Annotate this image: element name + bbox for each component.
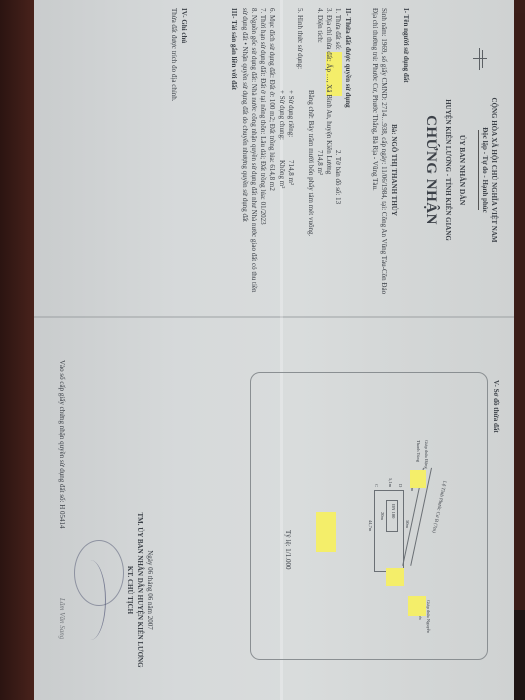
redaction bbox=[410, 470, 426, 488]
motto: Độc lập - Tự do - Hạnh phúc bbox=[481, 40, 489, 300]
private-use: + Sử dụng riêng: bbox=[287, 90, 295, 137]
signing-role: KT. CHỦ TỊCH bbox=[126, 500, 134, 680]
signature-stroke bbox=[75, 560, 106, 640]
issue-date: Ngày 06 tháng 06 năm 2007 bbox=[146, 500, 154, 680]
redaction bbox=[408, 596, 426, 616]
nation-header: CỘNG HÒA XÃ HỘI CHỦ NGHĨA VIỆT NAM bbox=[490, 40, 498, 300]
area-words: Bằng chữ: Bảy trăm mười bốn phẩy tám mét… bbox=[307, 90, 315, 236]
map-frame bbox=[250, 372, 488, 660]
note: Thửa đất được trích đo địa chính. bbox=[170, 8, 178, 102]
inner-label: ĐN 100 bbox=[389, 504, 397, 518]
dim-bottom: 44,7m bbox=[366, 520, 374, 531]
private-value: 714,8 m² bbox=[287, 160, 295, 185]
redaction bbox=[386, 568, 404, 586]
registry-number: Vào sổ cấp giấy chứng nhận quyền sử dụng… bbox=[58, 360, 66, 529]
dim-left: 5,1m bbox=[386, 478, 394, 487]
area-value: 714,8 m² bbox=[316, 150, 324, 175]
usage-term: 7. Thời hạn sử dụng đất: Đất ở tại nông … bbox=[259, 8, 267, 225]
usage-form: 5. Hình thức sử dụng: bbox=[296, 8, 304, 69]
section1-heading: I- Tên người sử dụng đất bbox=[402, 8, 410, 83]
signing-org: TM. ỦY BAN NHÂN DÂN HUYỆN KIÊN LƯƠNG bbox=[136, 500, 144, 680]
authority: ỦY BAN NHÂN DÂN bbox=[458, 40, 466, 300]
section4-heading: IV- Ghi chú bbox=[180, 8, 188, 43]
divider bbox=[478, 130, 479, 210]
table-surface bbox=[0, 0, 36, 700]
redaction bbox=[316, 512, 336, 552]
owner-address: Địa chỉ thường trú: Phước Cơ, Phước Thắn… bbox=[371, 8, 379, 191]
parcel-number: 1. Thửa đất số: bbox=[334, 8, 342, 50]
section3-heading: III- Tài sản gắn liền với đất bbox=[230, 8, 238, 90]
parcel-address: 3. Địa chỉ thửa đất: Ấp …, Xã Bình An, h… bbox=[325, 8, 333, 174]
shared-value: Không m² bbox=[278, 160, 286, 188]
usage-origin: 8. Nguồn gốc sử dụng đất: Nhà nước công … bbox=[250, 8, 258, 293]
corner-c: C bbox=[372, 484, 380, 487]
dim-top: 50m bbox=[403, 520, 411, 528]
map-sheet: 2. Tờ bản đồ số: 13 bbox=[334, 150, 342, 204]
owner-birth: Sinh năm: 1969, số giấy CMND: 2714…938, … bbox=[380, 8, 388, 294]
certificate-content: CỘNG HÒA XÃ HỘI CHỦ NGHĨA VIỆT NAM Độc l… bbox=[34, 0, 514, 700]
area-label: 4. Diện tích: bbox=[316, 8, 324, 43]
corner-d: D bbox=[396, 484, 404, 487]
section2-heading: II- Thửa đất được quyền sử dụng bbox=[344, 8, 352, 108]
section5-heading: V- Sơ đồ thửa đất bbox=[492, 380, 500, 433]
usage-purpose: 6. Mục đích sử dụng đất: Đất ở: 100 m2; … bbox=[268, 8, 276, 191]
shared-use: + Sử dụng chung: bbox=[278, 90, 286, 140]
map-scale: Tỷ lệ: 1/1.000 bbox=[284, 530, 292, 569]
district: HUYỆN KIÊN LƯƠNG - TỈNH KIÊN GIANG bbox=[444, 40, 452, 300]
page-title: CHỨNG NHẬN bbox=[422, 40, 440, 300]
signer-name: Lâm Văn Sang bbox=[58, 598, 66, 639]
usage-origin-cont: sử dụng đất • Nhận quyền sử dụng đất do … bbox=[241, 8, 249, 222]
owner-name: Bà: NGÔ THỊ THANH THỦY bbox=[390, 40, 398, 300]
dim-inner: 20m bbox=[378, 512, 386, 520]
